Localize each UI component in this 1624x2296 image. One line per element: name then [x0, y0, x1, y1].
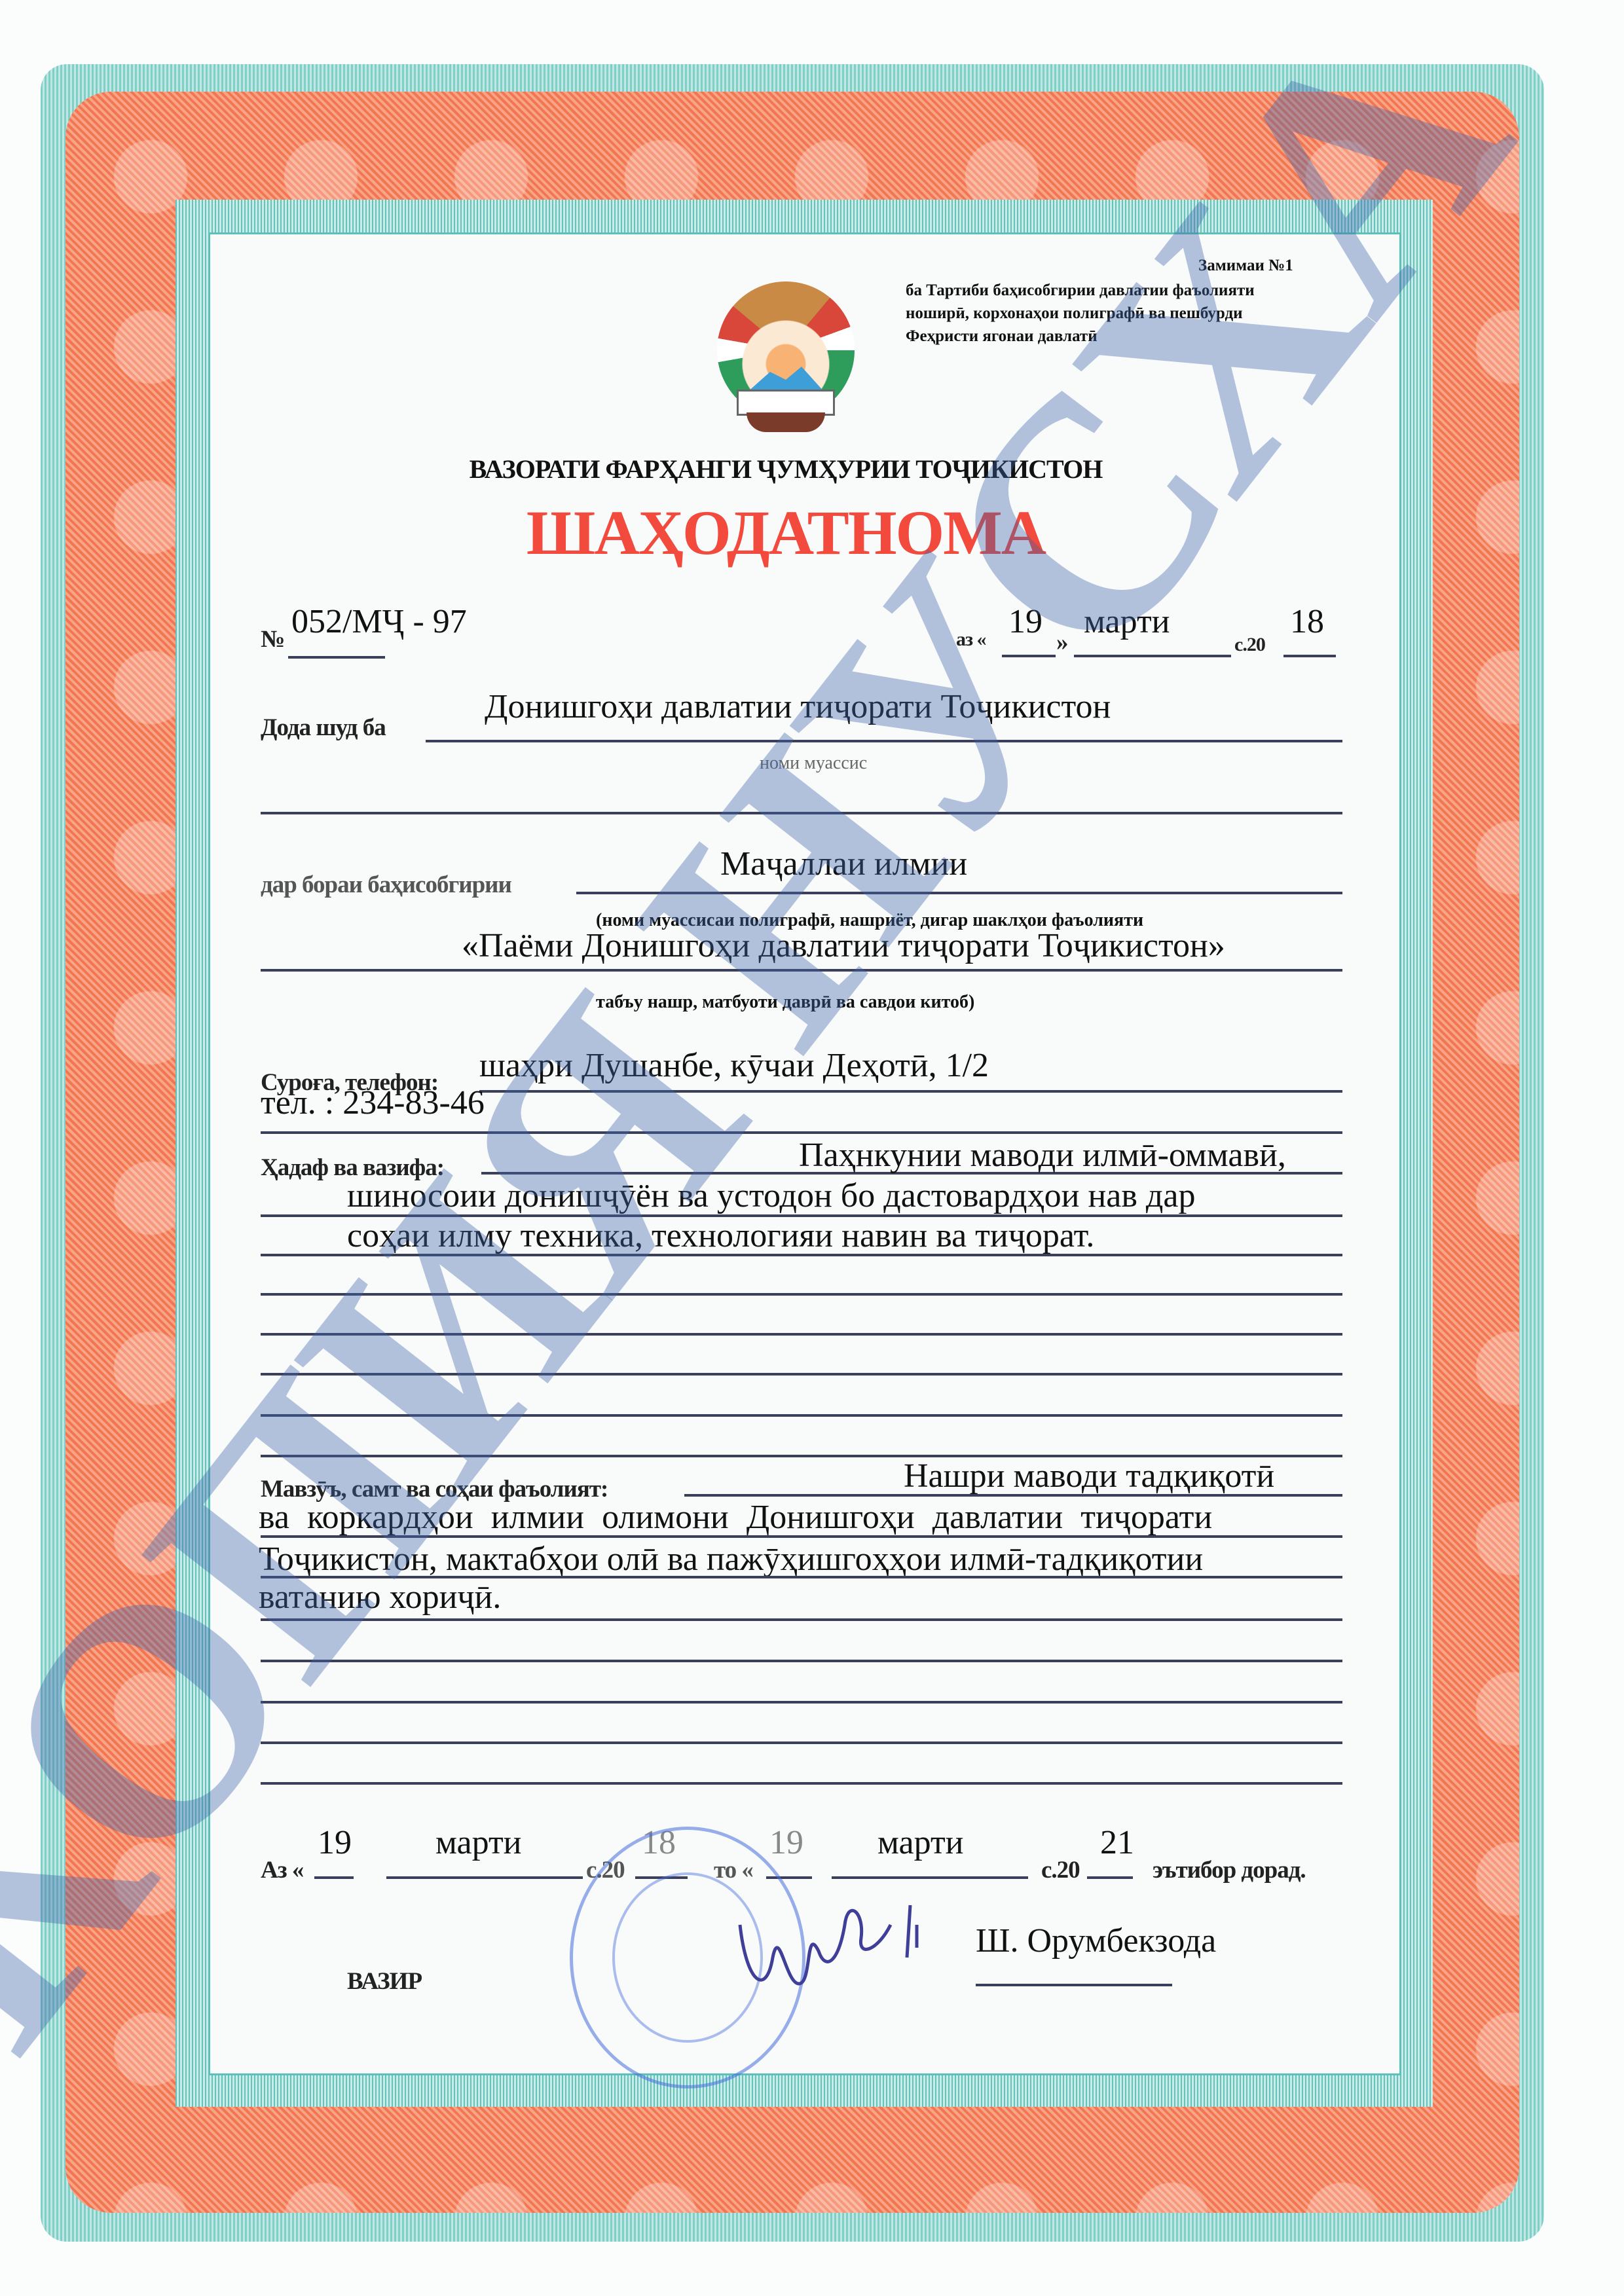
- validity-to-year: 21: [1100, 1823, 1134, 1862]
- signature-mark: [720, 1886, 943, 2016]
- validity-from-day-rule: [314, 1876, 354, 1879]
- blank-rule: [261, 1741, 1342, 1744]
- validity-to-month: марти: [877, 1823, 964, 1862]
- issued-to-label: Дода шуд ба: [261, 714, 386, 742]
- validity-suffix: эътибор дорад.: [1153, 1856, 1306, 1884]
- validity-from-day: 19: [318, 1823, 352, 1862]
- issue-year: 18: [1290, 602, 1324, 641]
- subject-line-1: Нашри маводи тадқиқотӣ: [904, 1457, 1274, 1495]
- blank-rule: [261, 1782, 1342, 1785]
- date-year-rule: [1283, 655, 1336, 657]
- registration-label: дар бораи баҳисобгирии: [261, 871, 511, 899]
- certificate-number: 052/МҶ - 97: [291, 602, 467, 641]
- blank-rule: [261, 1701, 1342, 1704]
- document-title: ШАҲОДАТНОМА: [0, 496, 1572, 569]
- validity-to-day: 19: [769, 1823, 803, 1862]
- number-prefix: №: [261, 625, 284, 653]
- signature-rule: [976, 1984, 1172, 1986]
- validity-to-year-rule: [1087, 1876, 1133, 1879]
- purpose-line-1: Паҳнкунии маводи илмӣ-оммавӣ,: [799, 1136, 1286, 1175]
- validity-from-month-rule: [386, 1876, 583, 1879]
- signatory-title: ВАЗИР: [347, 1967, 422, 1995]
- validity-to-month-rule: [832, 1876, 1028, 1879]
- number-rule: [288, 656, 385, 659]
- validity-from-month: марти: [435, 1823, 522, 1862]
- date-year-prefix: с.20: [1234, 634, 1265, 656]
- signatory-name: Ш. Орумбекзода: [976, 1922, 1216, 1960]
- validity-to-year-label: с.20: [1041, 1856, 1080, 1884]
